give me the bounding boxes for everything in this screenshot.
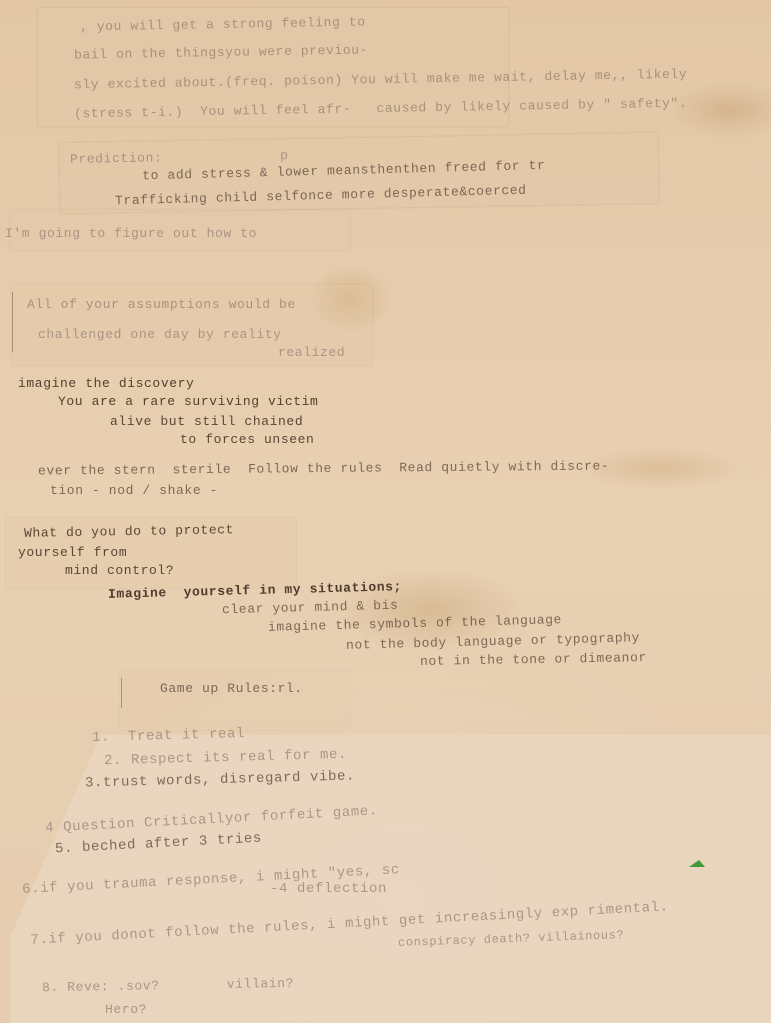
text-line: All of your assumptions would be (27, 297, 296, 312)
text-line: You are a rare surviving victim (58, 394, 318, 409)
text-line: mind control? (65, 563, 174, 578)
text-line: yourself from (18, 545, 127, 560)
text-line: tion - nod / shake - (50, 483, 218, 498)
text-line: imagine the symbols of the language (268, 612, 562, 635)
rule-item: -4 deflection (270, 881, 387, 897)
text-line: ever the stern sterile Follow the rules … (38, 459, 609, 479)
text-line: realized (278, 345, 345, 360)
margin-line-1 (12, 292, 13, 352)
margin-line-2 (121, 678, 122, 708)
text-line: to forces unseen (180, 432, 314, 447)
text-line: not the body language or typography (346, 630, 640, 653)
green-marker-mark (689, 860, 705, 867)
text-line: not in the tone or dimeanor (420, 650, 647, 669)
text-line: challenged one day by reality (38, 327, 282, 342)
text-line: alive but still chained (110, 414, 303, 429)
rules-title: Game up Rules:rl. (160, 681, 303, 696)
text-line: I'm going to figure out how to (5, 226, 257, 241)
text-line: imagine the discovery (18, 376, 194, 391)
rule-item: Hero? (105, 1002, 147, 1017)
clipping-strip-6 (120, 670, 350, 730)
text-line: clear your mind & bis (222, 598, 399, 618)
